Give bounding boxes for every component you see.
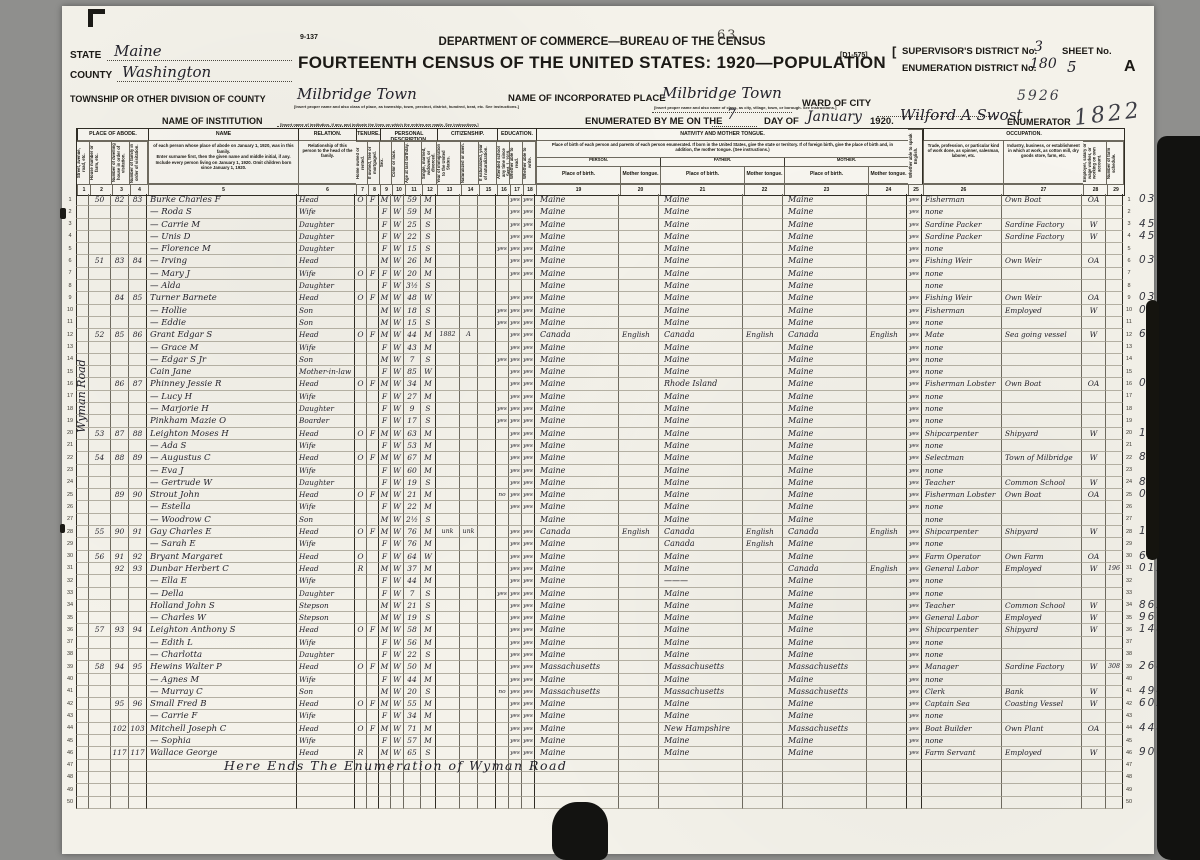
cell-pb: Maine [535,723,619,735]
cell-f [129,575,147,587]
cell-wr: yes [522,329,535,341]
cell-mpb: Massachusetts [783,723,867,735]
cell-pb: Maine [535,477,619,489]
cell-naty [478,489,496,501]
line-number-right: 19 [1123,415,1135,427]
line-number-left: 8 [64,280,76,292]
cell-mmt [867,784,907,796]
cell-emp: W [1082,452,1106,464]
cell-street [76,243,89,255]
cell-tf: F [367,698,379,710]
cell-nat [460,797,478,809]
line-number-right: 10 [1123,305,1135,317]
cell-naty [478,452,496,464]
cell-rd: yes [509,354,522,366]
cell-wr: yes [522,206,535,218]
cell-sch [496,342,509,354]
cell-eng: yes [907,710,922,722]
col-label-fpb: Place of birth. [660,167,744,184]
cell-to: O [355,698,367,710]
cell-pb [535,784,619,796]
cell-street [76,575,89,587]
col-group: RELATION. [298,129,356,141]
cell-rd: yes [509,452,522,464]
cell-fpb: Maine [659,465,743,477]
cell-street [76,489,89,501]
township-caption: [Insert proper name and also class of pl… [294,104,519,109]
cell-farm [1106,440,1123,452]
cell-naty [478,243,496,255]
cell-f [129,268,147,280]
cell-f [129,674,147,686]
cell-imm [436,723,460,735]
cell-naty [478,735,496,747]
cell-d [111,366,129,378]
cell-mt [619,772,659,784]
cell-cr: W [391,723,404,735]
cell-cr: W [391,268,404,280]
cell-to: O [355,268,367,280]
cell-rel: Daughter [297,588,355,600]
cell-ind: Common School [1002,477,1082,489]
cell-fmt [743,378,783,390]
cell-fpb: Maine [659,292,743,304]
cell-wr: yes [522,231,535,243]
cell-occ: none [922,501,1002,513]
cell-emp: W [1082,661,1106,673]
cell-fpb: Maine [659,415,743,427]
cell-nat [460,477,478,489]
cell-ms: M [421,661,436,673]
cell-to: O [355,428,367,440]
cell-rd [509,280,522,292]
cell-name: — Florence M [147,243,297,255]
cell-fmt [743,415,783,427]
cell-h [89,563,111,575]
cell-occ: none [922,538,1002,550]
cell-emp [1082,710,1106,722]
cell-name: — Murray C [147,686,297,698]
cell-h [89,649,111,661]
cell-h [89,292,111,304]
cell-pb: Maine [535,305,619,317]
cell-name: — Agnes M [147,674,297,686]
cell-mmt [867,366,907,378]
cell-f [129,243,147,255]
cell-rd: yes [509,710,522,722]
cell-fmt [743,428,783,440]
cell-h [89,440,111,452]
table-row: 29— Sarah EWifeFW76MyesyesMaineCanadaEng… [64,538,1161,550]
cell-name [147,784,297,796]
cell-to: O [355,624,367,636]
cell-sch [496,784,509,796]
cell-ind [1002,354,1082,366]
cell-eng: yes [907,575,922,587]
cell-sch [496,206,509,218]
cell-h: 57 [89,624,111,636]
cell-street [76,600,89,612]
cell-fmt: English [743,329,783,341]
cell-wr: yes [522,600,535,612]
cell-farm [1106,342,1123,354]
cell-emp: W [1082,477,1106,489]
cell-name: — Ella E [147,575,297,587]
cell-wr: yes [522,637,535,649]
cell-rd: yes [509,735,522,747]
cell-ms: W [421,366,436,378]
cell-mt [619,194,659,206]
cell-name [147,797,297,809]
cell-eng: yes [907,465,922,477]
cell-rel: Son [297,354,355,366]
cell-to [355,501,367,513]
cell-mmt [867,354,907,366]
scan-mark [88,14,93,27]
cell-mpb: Maine [783,292,867,304]
cell-occ: none [922,342,1002,354]
cell-age: 85 [404,366,421,378]
cell-ind [1002,514,1082,526]
table-header: PLACE OF ABODE.NAMERELATION.TENURE.PERSO… [76,128,1125,196]
table-row: 4848 [64,772,1161,784]
cell-mmt [867,710,907,722]
cell-sch [496,710,509,722]
cell-mmt [867,391,907,403]
cell-mt [619,452,659,464]
cell-mmt [867,194,907,206]
cell-ms: M [421,489,436,501]
cell-sex: F [379,575,391,587]
cell-ms: M [421,710,436,722]
cell-sex: F [379,735,391,747]
cell-eng: yes [907,588,922,600]
line-number-right: 31 [1123,563,1135,575]
cell-emp [1082,354,1106,366]
cell-imm [436,268,460,280]
cell-imm [436,231,460,243]
cell-pb: Maine [535,465,619,477]
cell-sex: M [379,723,391,735]
cell-street [76,477,89,489]
cell-rd: yes [509,317,522,329]
table-row: 4949 [64,784,1161,796]
cell-street [76,268,89,280]
line-number-left: 37 [64,637,76,649]
cell-rel [297,784,355,796]
supervisor-label: SUPERVISOR'S DISTRICT No. [902,46,1037,57]
cell-naty [478,575,496,587]
cell-ind [1002,588,1082,600]
cell-street [76,747,89,759]
cell-f [129,366,147,378]
cell-age: 21 [404,489,421,501]
cell-f [129,354,147,366]
cell-f: 92 [129,551,147,563]
cell-rd: yes [509,526,522,538]
cell-street [76,194,89,206]
line-number-right: 9 [1123,292,1135,304]
cell-pb: Maine [535,649,619,661]
cell-fpb: New Hampshire [659,723,743,735]
cell-rel: Head [297,194,355,206]
cell-imm [436,501,460,513]
col-label-mt: Mother tongue. [620,167,660,184]
cell-rd: yes [509,501,522,513]
cell-street [76,514,89,526]
cell-d [111,354,129,366]
cell-rd: yes [509,329,522,341]
cell-name: Pinkham Mazie O [147,415,297,427]
cell-tf: F [367,329,379,341]
cell-ind: Own Plant [1002,723,1082,735]
cell-mmt [867,219,907,231]
cell-age: 34 [404,378,421,390]
col-desc-ind: Industry, business, or establishment in … [1003,141,1083,184]
cell-to [355,686,367,698]
cell-sch [496,452,509,464]
cell-mpb: Maine [783,674,867,686]
line-number-right: 30 [1123,551,1135,563]
line-number-right: 25 [1123,489,1135,501]
cell-occ: Fishing Weir [922,292,1002,304]
cell-emp [1082,403,1106,415]
cell-ind [1002,797,1082,809]
cell-mt [619,612,659,624]
cell-fpb: Rhode Island [659,378,743,390]
cell-h: 58 [89,661,111,673]
cell-name: Mitchell Joseph C [147,723,297,735]
col-group: CITIZENSHIP. [437,129,497,141]
cell-farm [1106,735,1123,747]
cell-mmt [867,797,907,809]
cell-ms: M [421,575,436,587]
col-group: NAME [148,129,298,141]
line-number-right: 44 [1123,723,1135,735]
cell-h [89,501,111,513]
cell-fmt [743,563,783,575]
cell-h [89,600,111,612]
cell-farm [1106,686,1123,698]
cell-occ: Fisherman Lobster [922,378,1002,390]
cell-rel: Head [297,378,355,390]
cell-h [89,784,111,796]
cell-rel: Wife [297,440,355,452]
cell-sch [496,231,509,243]
cell-to [355,637,367,649]
cell-street [76,698,89,710]
cell-rd: yes [509,403,522,415]
cell-wr: yes [522,268,535,280]
cell-wr: yes [522,317,535,329]
cell-wr: yes [522,698,535,710]
cell-sch [496,501,509,513]
cell-rel [297,797,355,809]
cell-sch: yes [496,317,509,329]
cell-mpb [783,772,867,784]
cell-name: — Sarah E [147,538,297,550]
cell-cr: W [391,342,404,354]
cell-street [76,772,89,784]
cell-sch: no [496,686,509,698]
table-row: 23— Eva JWifeFW60MyesyesMaineMaineMainey… [64,465,1161,477]
cell-mmt [867,452,907,464]
cell-rd: yes [509,723,522,735]
cell-pb: Maine [535,255,619,267]
cell-d [111,342,129,354]
cell-imm [436,637,460,649]
cell-wr: yes [522,538,535,550]
cell-mt [619,698,659,710]
cell-h [89,231,111,243]
cell-emp: W [1082,231,1106,243]
col-group: EDUCATION. [497,129,536,141]
cell-wr: yes [522,612,535,624]
cell-sex: M [379,661,391,673]
cell-tf [367,797,379,809]
cell-eng [907,797,922,809]
cell-farm [1106,354,1123,366]
cell-pb: Massachusetts [535,661,619,673]
cell-eng: yes [907,686,922,698]
cell-name: Dunbar Herbert C [147,563,297,575]
cell-mmt [867,686,907,698]
cell-ms: M [421,391,436,403]
cell-mpb: Canada [783,563,867,575]
cell-cr: W [391,403,404,415]
cell-mt [619,354,659,366]
cell-rel: Stepson [297,600,355,612]
cell-nat [460,588,478,600]
table-row: 45— SophiaWifeFW57MyesyesMaineMaineMaine… [64,735,1161,747]
cell-name: Holland John S [147,600,297,612]
cell-pb: Maine [535,194,619,206]
cell-pb: Maine [535,674,619,686]
cell-rel: Head [297,563,355,575]
cell-occ: none [922,403,1002,415]
cell-name: Phinney Jessie R [147,378,297,390]
cell-h [89,206,111,218]
cell-eng: yes [907,342,922,354]
cell-to [355,710,367,722]
cell-naty [478,440,496,452]
cell-age: 2½ [404,514,421,526]
cell-f [129,465,147,477]
cell-mt [619,575,659,587]
cell-age [404,784,421,796]
cell-wr: yes [522,440,535,452]
cell-sex [379,797,391,809]
cell-ms: M [421,674,436,686]
cell-naty [478,391,496,403]
cell-occ: Fisherman [922,305,1002,317]
cell-rd [509,514,522,526]
cell-wr: yes [522,674,535,686]
cell-rd: yes [509,686,522,698]
scan-mark [60,524,65,533]
cell-age: 44 [404,329,421,341]
cell-pb: Maine [535,342,619,354]
cell-cr: W [391,329,404,341]
cell-occ: none [922,280,1002,292]
cell-sex: F [379,415,391,427]
cell-mt [619,784,659,796]
cell-mpb: Maine [783,243,867,255]
cell-wr: yes [522,489,535,501]
line-number-left: 32 [64,575,76,587]
cell-rel: Head [297,723,355,735]
cell-emp [1082,797,1106,809]
cell-fmt [743,391,783,403]
cell-sex: M [379,354,391,366]
cell-occ [922,772,1002,784]
cell-naty [478,415,496,427]
cell-pb: Maine [535,243,619,255]
table-row: 429596Small Fred BHeadOFMW55MyesyesMaine… [64,698,1161,710]
cell-pb: Maine [535,317,619,329]
cell-mpb: Maine [783,649,867,661]
cell-sch [496,440,509,452]
table-row: 39589495Hewins Walter PHeadOFMW50Myesyes… [64,661,1161,673]
cell-sch [496,563,509,575]
cell-cr: W [391,194,404,206]
cell-emp [1082,514,1106,526]
cell-fmt [743,354,783,366]
cell-age: 50 [404,661,421,673]
line-number-left: 44 [64,723,76,735]
cell-nat [460,305,478,317]
cell-tf [367,317,379,329]
cell-f [129,317,147,329]
cell-fpb: Maine [659,514,743,526]
line-number-right: 14 [1123,354,1135,366]
cell-eng: yes [907,329,922,341]
cell-street [76,624,89,636]
cell-wr [522,772,535,784]
cell-d [111,735,129,747]
cell-eng: yes [907,206,922,218]
cell-emp [1082,342,1106,354]
cell-fmt [743,292,783,304]
cell-rel: Wife [297,391,355,403]
cell-mt [619,710,659,722]
cell-ind [1002,784,1082,796]
cell-ind [1002,243,1082,255]
cell-mpb: Canada [783,526,867,538]
line-number-left: 38 [64,649,76,661]
table-row: 17— Lucy HWifeFW27MyesyesMaineMaineMaine… [64,391,1161,403]
line-number-right: 22 [1123,452,1135,464]
cell-mmt [867,735,907,747]
cell-naty [478,403,496,415]
cell-ms: M [421,255,436,267]
cell-nat [460,575,478,587]
cell-street [76,551,89,563]
cell-f: 94 [129,624,147,636]
cell-fmt [743,649,783,661]
cell-mpb: Maine [783,575,867,587]
cell-farm [1106,428,1123,440]
cell-imm [436,588,460,600]
cell-tf [367,465,379,477]
cell-f [129,784,147,796]
cell-pb: Maine [535,588,619,600]
cell-street [76,280,89,292]
cell-cr: W [391,600,404,612]
cell-eng: yes [907,477,922,489]
cell-mmt [867,317,907,329]
col-group: PLACE OF ABODE. [77,129,148,141]
